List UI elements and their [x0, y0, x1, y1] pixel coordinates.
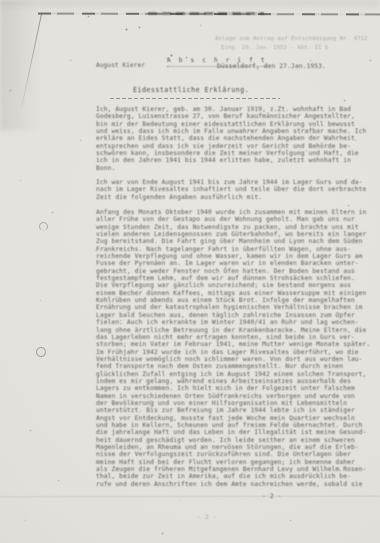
- title-underline: [110, 98, 280, 99]
- paper-crease-line: [0, 496, 380, 498]
- stamp-line-1: Anlage zum Antrag auf Entschädigung Nr. …: [215, 35, 368, 43]
- punch-hole-top: [39, 222, 48, 231]
- punch-hole-bottom: [36, 347, 46, 357]
- scan-shading-top: [0, 0, 380, 12]
- sender-name: August Kierer: [96, 62, 145, 69]
- paragraph-2: Ich war von Ende August 1941 bis zum Jah…: [96, 179, 378, 201]
- document-title: Eidesstattliche Erklärung.: [133, 86, 249, 94]
- page-number-mark: - 2 -: [197, 513, 217, 521]
- paragraph-1: Ich, August Kierer, geb. am 30. Januar 1…: [96, 106, 378, 172]
- scanned-document-page: Anlage zum Antrag auf Entschädigung Nr. …: [0, 0, 380, 543]
- paragraph-3: Anfang des Monats Oktober 1940 wurde ich…: [96, 209, 378, 488]
- page-top-edge-dark-segment: [148, 12, 264, 14]
- place-date-line: Düsseldorf, den 27.Jan.1953.: [217, 63, 326, 70]
- stamp-line-2: Eing. 29. Jan. 1953 - Abt. II b: [221, 44, 329, 52]
